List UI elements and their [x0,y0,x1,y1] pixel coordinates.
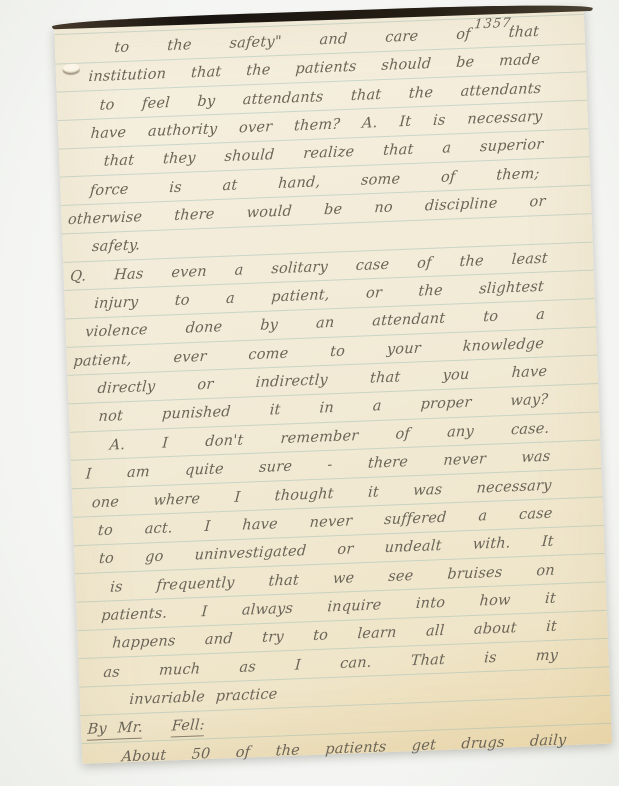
byline-name: Fell: [171,715,205,737]
manuscript-page: 1357. to the safety" and care of that in… [54,6,612,764]
scanned-page-background: 1357. to the safety" and care of that in… [0,0,619,786]
byline-by: By Mr. [87,718,144,741]
handwriting-block: to the safety" and care of that institut… [54,16,612,773]
